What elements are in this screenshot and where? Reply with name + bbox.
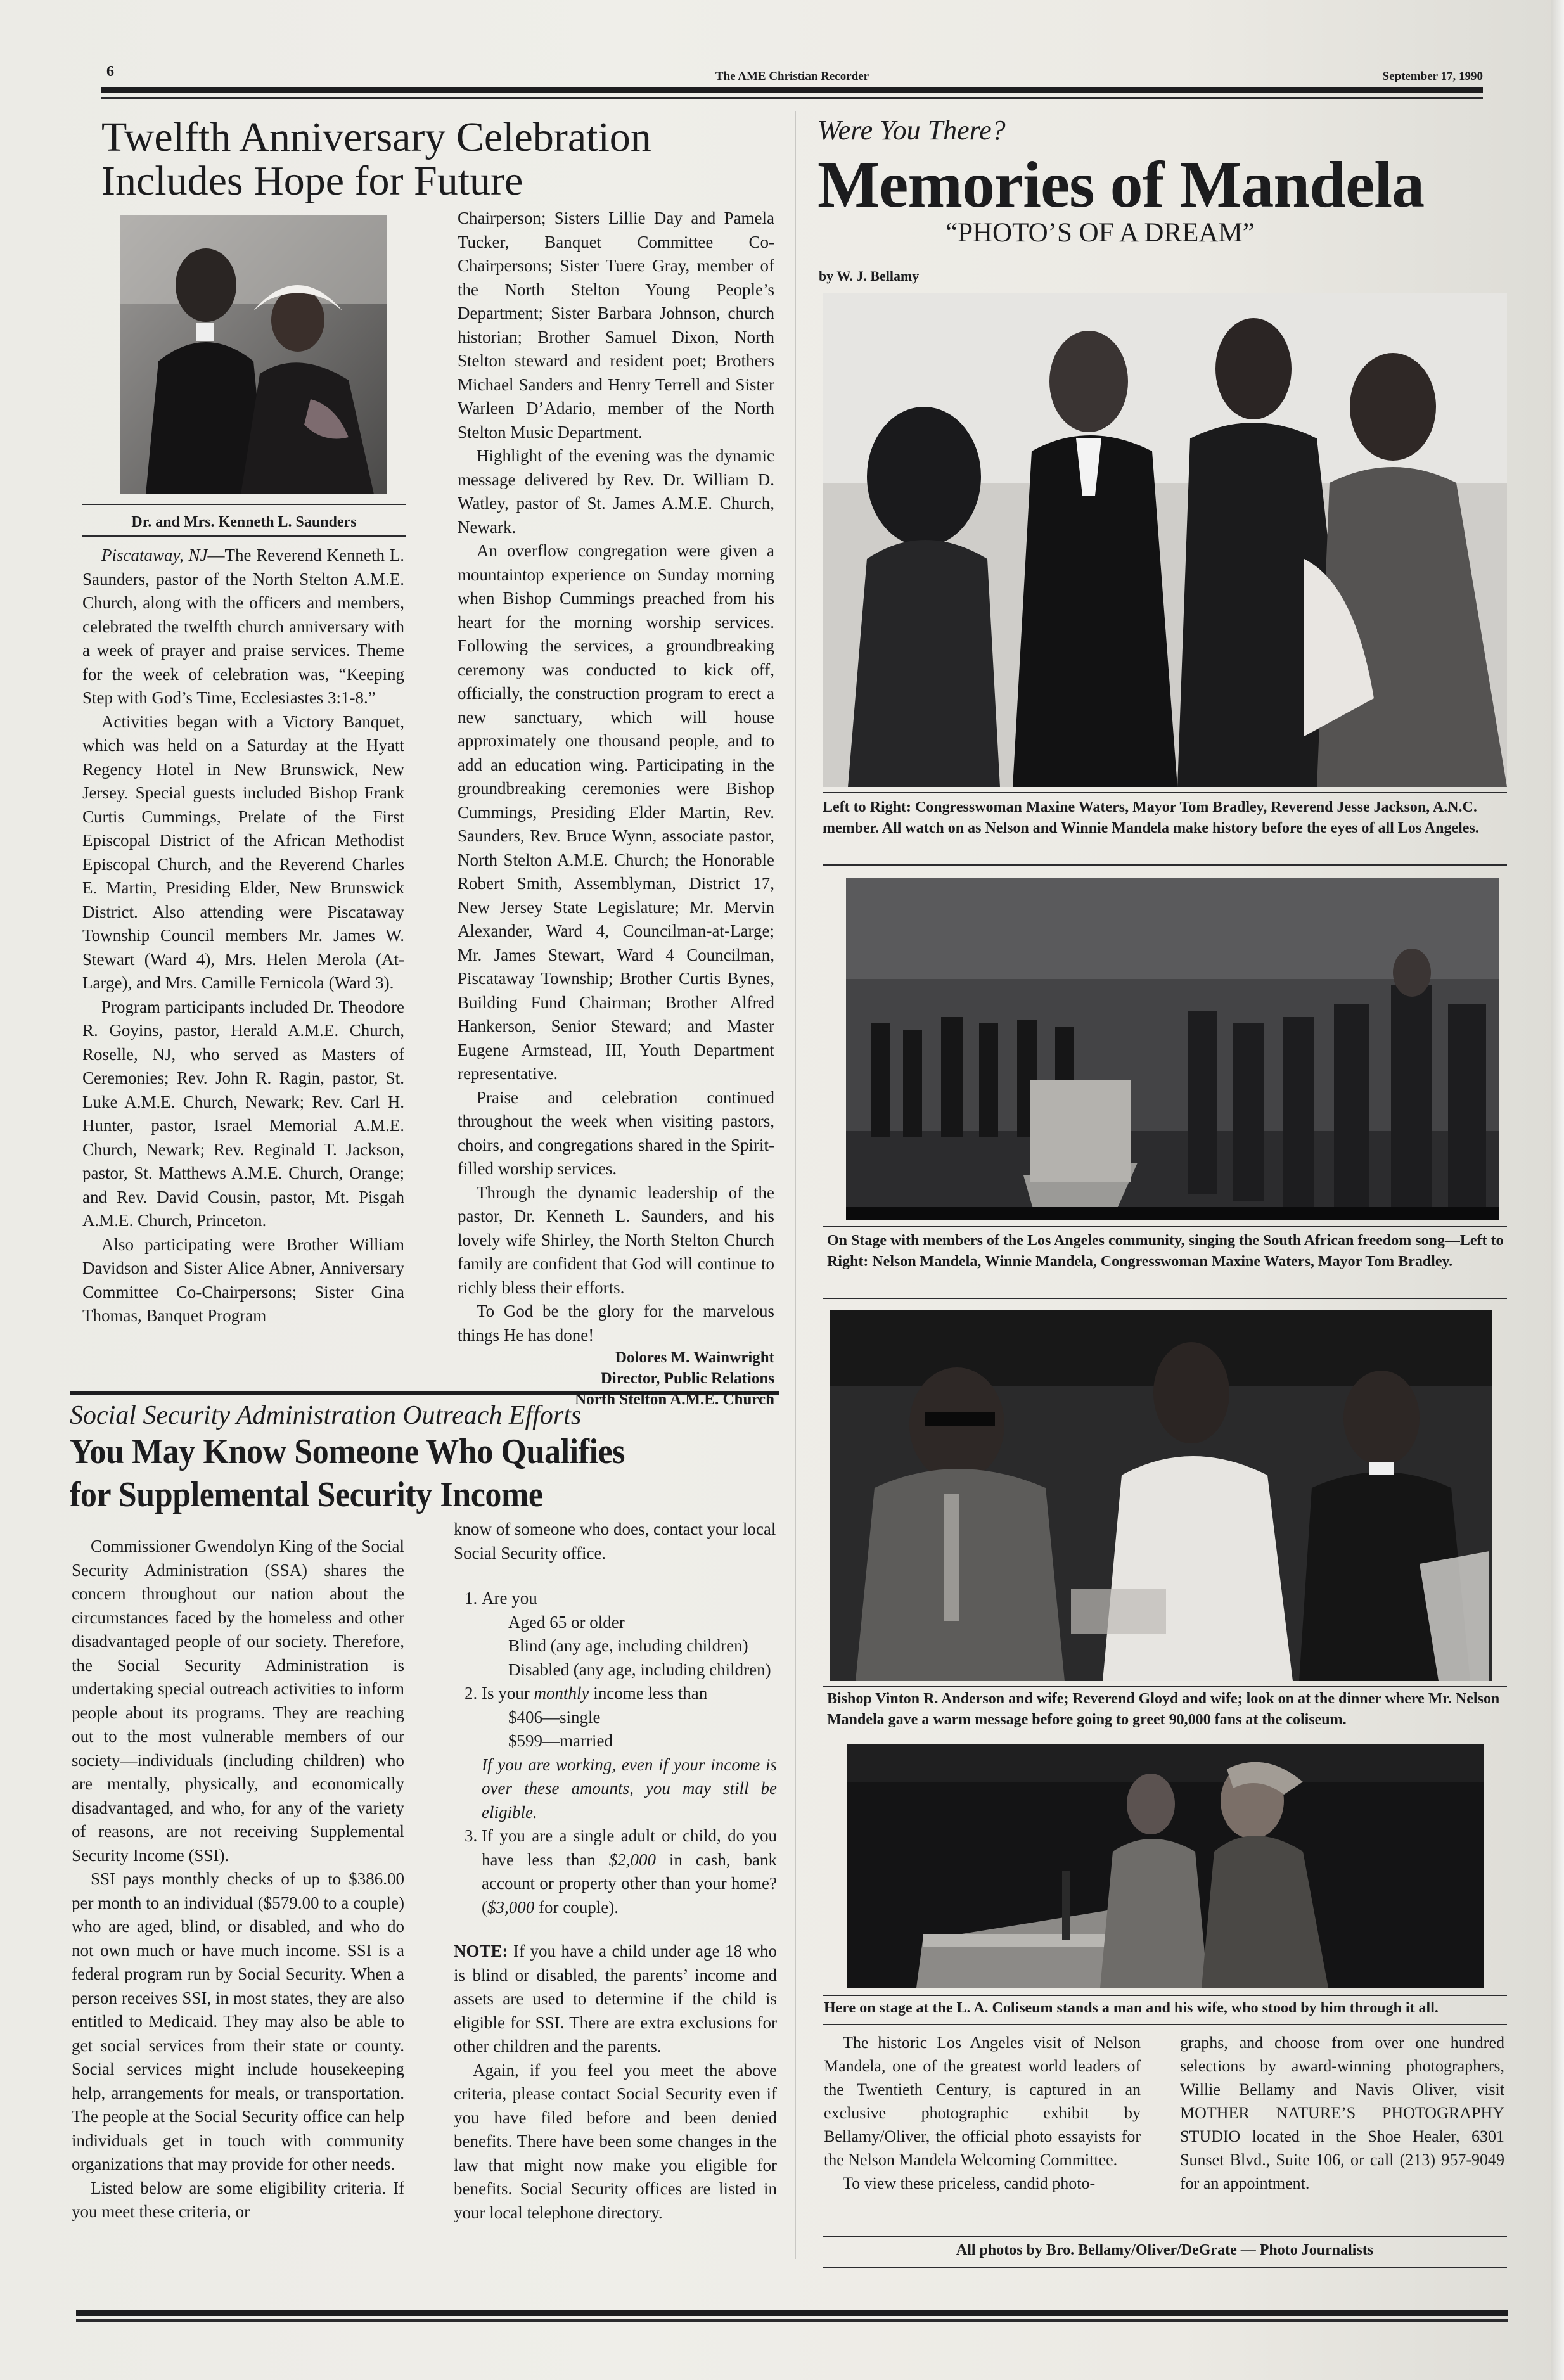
criteria-sub: Aged 65 or older [482, 1611, 777, 1635]
mandela-subhead: “PHOTO’S OF A DREAM” [945, 217, 1255, 248]
credit-rule-bottom [823, 2267, 1507, 2268]
criteria-item: Is your monthly income less than $406—si… [482, 1682, 777, 1824]
ssa-paragraph: Again, if you feel you meet the above cr… [454, 2059, 777, 2225]
mandela-photo-3 [830, 1310, 1492, 1681]
ssa-paragraph: know of someone who does, contact your l… [454, 1518, 777, 1565]
footer-rule-thick [76, 2310, 1508, 2316]
anniversary-paragraph: An overflow congregation were given a mo… [458, 539, 774, 1086]
mandela-photo-2 [846, 878, 1499, 1220]
footer-rule-thin [76, 2319, 1508, 2322]
ssa-paragraph: Listed below are some eligibility criter… [72, 2177, 404, 2224]
eligibility-criteria-list: Are you Aged 65 or older Blind (any age,… [454, 1587, 777, 1919]
author-name: Dolores M. Wainwright [458, 1347, 774, 1368]
mandela-kicker: Were You There? [817, 114, 1006, 146]
note-label: NOTE: [454, 1942, 508, 1961]
mandela-photo-4-caption: Here on stage at the L. A. Coliseum stan… [824, 1998, 1508, 2019]
mandela-photo-4 [847, 1744, 1484, 1988]
anniversary-paragraph: Activities began with a Victory Banquet,… [82, 710, 404, 995]
criteria-sub: Disabled (any age, including children) [482, 1658, 777, 1682]
mandela-paragraph: To view these priceless, candid photo- [824, 2172, 1141, 2195]
ssa-paragraph: SSI pays monthly checks of up to $386.00… [72, 1867, 404, 2177]
criteria-item: If you are a single adult or child, do y… [482, 1824, 777, 1919]
anniversary-paragraph: Through the dynamic leadership of the pa… [458, 1181, 774, 1300]
mandela-photo-3-caption: Bishop Vinton R. Anderson and wife; Reve… [827, 1689, 1505, 1731]
anniversary-paragraph: Chairperson; Sisters Lillie Day and Pame… [458, 207, 774, 444]
ssa-column-2: know of someone who does, contact your l… [454, 1518, 777, 2225]
caption-rule [823, 864, 1507, 866]
ssa-note: NOTE: If you have a child under age 18 w… [454, 1940, 777, 2059]
ssa-headline-1: You May Know Someone Who Qualifies [70, 1431, 625, 1473]
saunders-photo-caption: Dr. and Mrs. Kenneth L. Saunders [82, 512, 406, 533]
mandela-headline: Memories of Mandela [817, 151, 1424, 219]
criteria-item: Are you Aged 65 or older Blind (any age,… [482, 1587, 777, 1682]
mandela-column-1: The historic Los Angeles visit of Nelson… [824, 2031, 1141, 2195]
criteria-sub: $599—married [482, 1729, 777, 1753]
newspaper-page: 6 The AME Christian Recorder September 1… [0, 0, 1564, 2380]
anniversary-paragraph: To God be the glory for the marvelous th… [458, 1300, 774, 1347]
anniversary-paragraph: Praise and celebration continued through… [458, 1086, 774, 1181]
anniversary-headline-1: Twelfth Anniversary Celebration [101, 116, 651, 159]
header-rule-thin [101, 97, 1483, 99]
ssa-headline-2: for Supplemental Security Income [70, 1474, 543, 1516]
anniversary-paragraph: Piscataway, NJ—The Reverend Kenneth L. S… [82, 544, 404, 710]
anniversary-paragraph: Also participating were Brother William … [82, 1233, 404, 1328]
anniversary-headline-2: Includes Hope for Future [101, 160, 523, 203]
header-rule-thick [101, 87, 1483, 93]
caption-rule-bottom [82, 535, 406, 537]
caption-rule [823, 2024, 1507, 2025]
criteria-note: If you are working, even if your income … [482, 1753, 777, 1825]
anniversary-column-1: Piscataway, NJ—The Reverend Kenneth L. S… [82, 544, 404, 1328]
criteria-sub: Blind (any age, including children) [482, 1634, 777, 1658]
mandela-photo-1-caption: Left to Right: Congresswoman Maxine Wate… [823, 797, 1507, 839]
dateline: Piscataway, NJ [101, 546, 208, 565]
author-title: Director, Public Relations [458, 1368, 774, 1389]
caption-rule [823, 792, 1507, 793]
mandela-paragraph: graphs, and choose from over one hundred… [1180, 2031, 1504, 2195]
caption-rule [823, 1298, 1507, 1299]
anniversary-paragraph: Highlight of the evening was the dynamic… [458, 444, 774, 539]
column-divider [795, 111, 796, 2259]
mandela-photo-2-caption: On Stage with members of the Los Angeles… [827, 1231, 1505, 1272]
caption-rule [823, 1226, 1507, 1227]
caption-rule [823, 1995, 1507, 1996]
mandela-paragraph: The historic Los Angeles visit of Nelson… [824, 2031, 1141, 2172]
issue-date: September 17, 1990 [1383, 70, 1484, 84]
anniversary-column-2: Chairperson; Sisters Lillie Day and Pame… [458, 207, 774, 1410]
mandela-byline: by W. J. Bellamy [819, 268, 919, 285]
mandela-photo-1 [823, 293, 1507, 787]
mandela-column-2: graphs, and choose from over one hundred… [1180, 2031, 1504, 2195]
photo-credit: All photos by Bro. Bellamy/Oliver/DeGrat… [823, 2242, 1507, 2259]
caption-rule [823, 1686, 1507, 1687]
ssa-paragraph: Commissioner Gwendolyn King of the Socia… [72, 1535, 404, 1867]
saunders-photo [120, 215, 387, 494]
caption-rule-top [82, 504, 406, 505]
publication-name: The AME Christian Recorder [101, 70, 1483, 84]
ssa-column-1: Commissioner Gwendolyn King of the Socia… [72, 1535, 404, 2224]
ssa-top-rule [70, 1391, 779, 1395]
ssa-kicker: Social Security Administration Outreach … [70, 1400, 581, 1431]
page-header: 6 The AME Christian Recorder September 1… [101, 63, 1483, 85]
criteria-sub: $406—single [482, 1706, 777, 1730]
credit-rule-top [823, 2236, 1507, 2237]
anniversary-paragraph: Program participants included Dr. Theodo… [82, 995, 404, 1233]
page-edge [1551, 0, 1564, 2380]
